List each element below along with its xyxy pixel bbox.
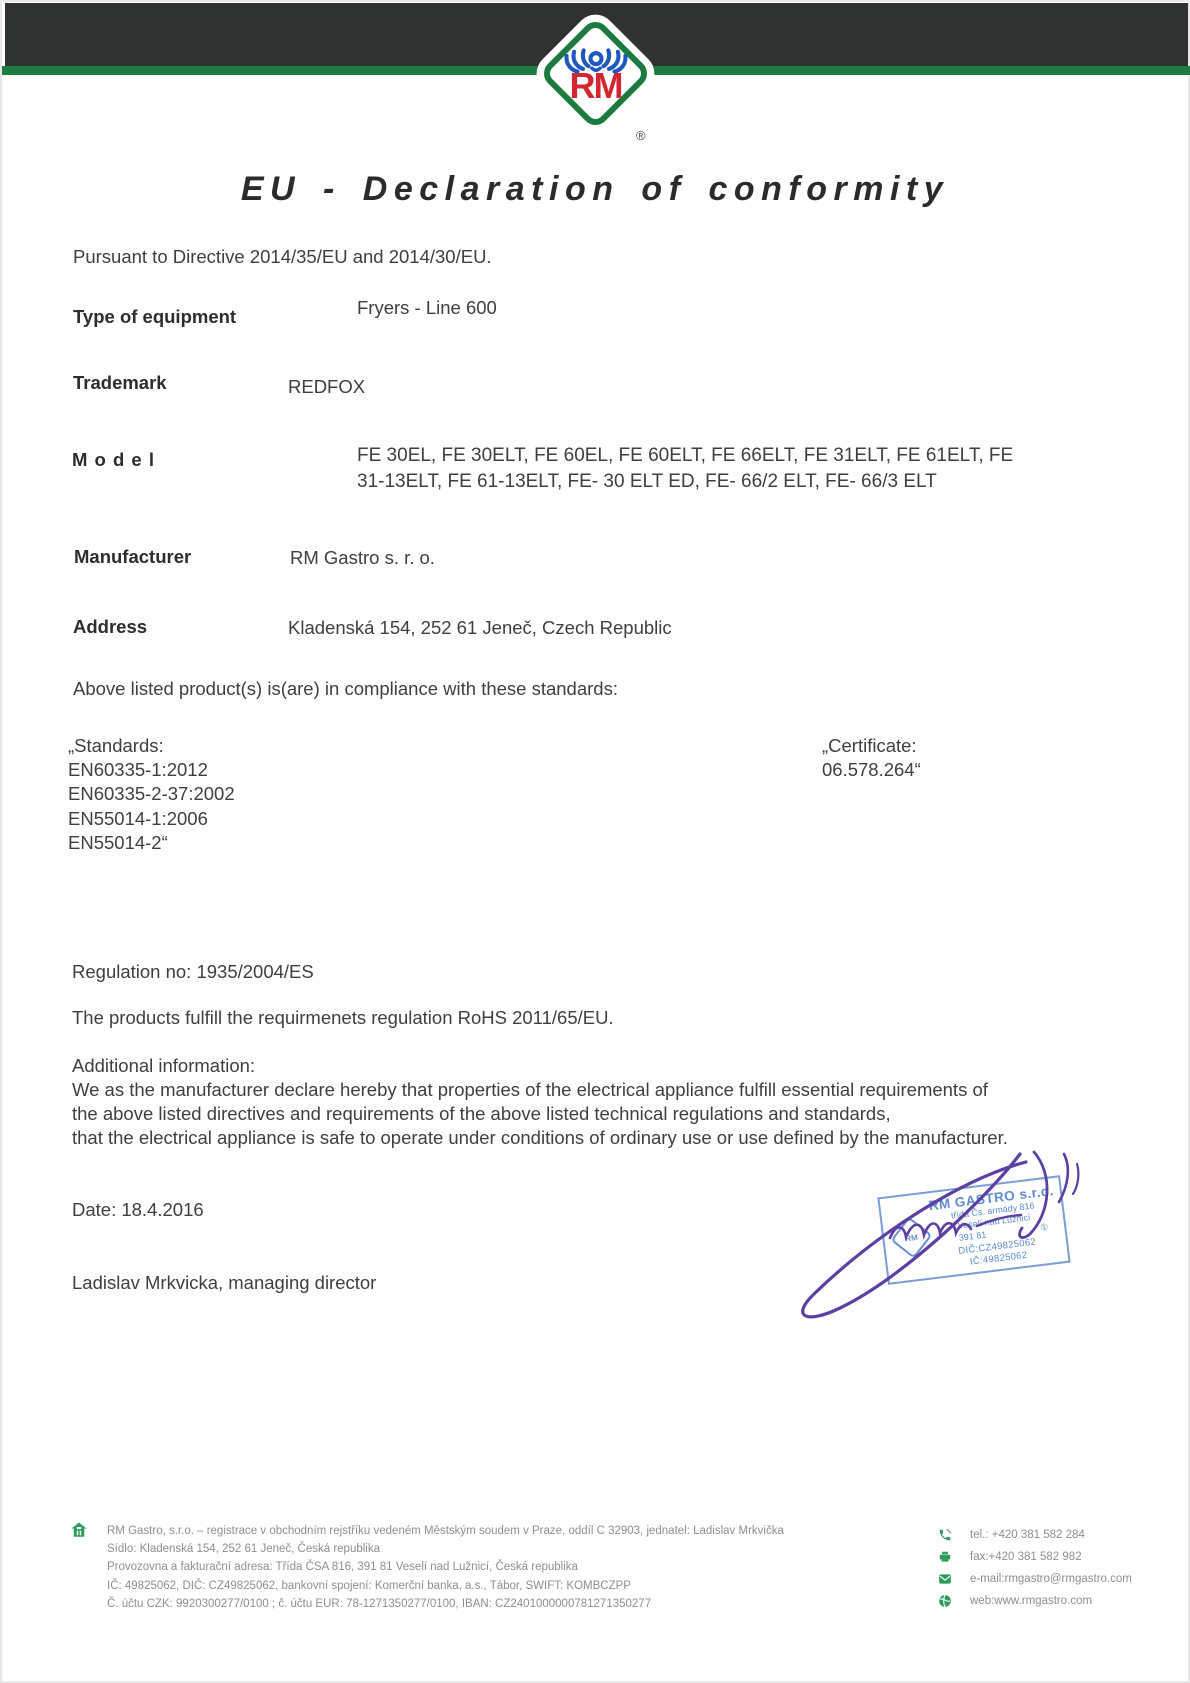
certificate-block: „Certificate: 06.578.264“ — [822, 734, 921, 782]
footer-fax: fax:+420 381 582 982 — [970, 1551, 1082, 1563]
additional-heading: Additional information: — [72, 1054, 1008, 1078]
building-icon — [70, 1521, 88, 1539]
rohs-line: The products fulfill the requirmenets re… — [72, 1007, 614, 1029]
standard-item: EN60335-2-37:2002 — [68, 782, 235, 806]
rm-logo: RM — [528, 6, 662, 140]
globe-icon — [938, 1594, 952, 1608]
footer-phone: tel.: +420 381 582 284 — [970, 1529, 1085, 1541]
email-icon — [938, 1572, 952, 1586]
footer-contacts: tel.: +420 381 582 284 fax:+420 381 582 … — [938, 1524, 1132, 1612]
standards-block: „Standards: EN60335-1:2012 EN60335-2-37:… — [68, 734, 235, 855]
fax-icon — [938, 1550, 952, 1564]
field-label-model: M o d e l — [72, 449, 155, 471]
directive-line: Pursuant to Directive 2014/35/EU and 201… — [73, 246, 492, 268]
field-label-address: Address — [73, 616, 147, 638]
standards-heading: „Standards: — [68, 734, 235, 758]
footer-email: e-mail:rmgastro@rmgastro.com — [970, 1573, 1132, 1585]
regulation-line: Regulation no: 1935/2004/ES — [72, 961, 314, 983]
footer-line: Provozovna a fakturační adresa: Třída ČS… — [107, 1558, 784, 1576]
additional-information-block: Additional information: We as the manufa… — [72, 1054, 1008, 1150]
declaration-document: RM ® EU - Declaration of conformity Purs… — [0, 0, 1190, 1683]
footer-line: Č. účtu CZK: 9920300277/0100 ; č. účtu E… — [107, 1595, 784, 1613]
signatory-line: Ladislav Mrkvicka, managing director — [72, 1272, 376, 1294]
footer-company-info: RM Gastro, s.r.o. – registrace v obchodn… — [107, 1522, 784, 1613]
standard-item: EN55014-2“ — [68, 831, 235, 855]
certificate-number: 06.578.264“ — [822, 758, 921, 782]
compliance-note: Above listed product(s) is(are) in compl… — [73, 678, 618, 700]
field-value-address: Kladenská 154, 252 61 Jeneč, Czech Repub… — [288, 617, 672, 639]
footer-line: IČ: 49825062, DIČ: CZ49825062, bankovní … — [107, 1577, 784, 1595]
field-value-trademark: REDFOX — [288, 376, 365, 398]
signature — [772, 1140, 1102, 1325]
standard-item: EN60335-1:2012 — [68, 758, 235, 782]
certificate-heading: „Certificate: — [822, 734, 921, 758]
footer-web: web:www.rmgastro.com — [970, 1595, 1092, 1607]
field-value-type-of-equipment: Fryers - Line 600 — [357, 297, 497, 319]
phone-icon — [938, 1528, 952, 1542]
additional-line: We as the manufacturer declare hereby th… — [72, 1078, 1008, 1102]
standard-item: EN55014-1:2006 — [68, 807, 235, 831]
field-value-manufacturer: RM Gastro s. r. o. — [290, 547, 435, 569]
field-label-manufacturer: Manufacturer — [74, 546, 191, 568]
footer-line: RM Gastro, s.r.o. – registrace v obchodn… — [107, 1522, 784, 1540]
field-label-trademark: Trademark — [73, 372, 167, 394]
rm-logo-text: RM — [570, 71, 622, 101]
field-label-type-of-equipment: Type of equipment — [73, 306, 236, 328]
footer-line: Sídlo: Kladenská 154, 252 61 Jeneč, Česk… — [107, 1540, 784, 1558]
date-line: Date: 18.4.2016 — [72, 1199, 204, 1221]
field-value-model: FE 30EL, FE 30ELT, FE 60EL, FE 60ELT, FE… — [357, 443, 1042, 495]
additional-line: the above listed directives and requirem… — [72, 1102, 1008, 1126]
page-title: EU - Declaration of conformity — [0, 170, 1190, 209]
registered-mark: ® — [636, 128, 646, 143]
